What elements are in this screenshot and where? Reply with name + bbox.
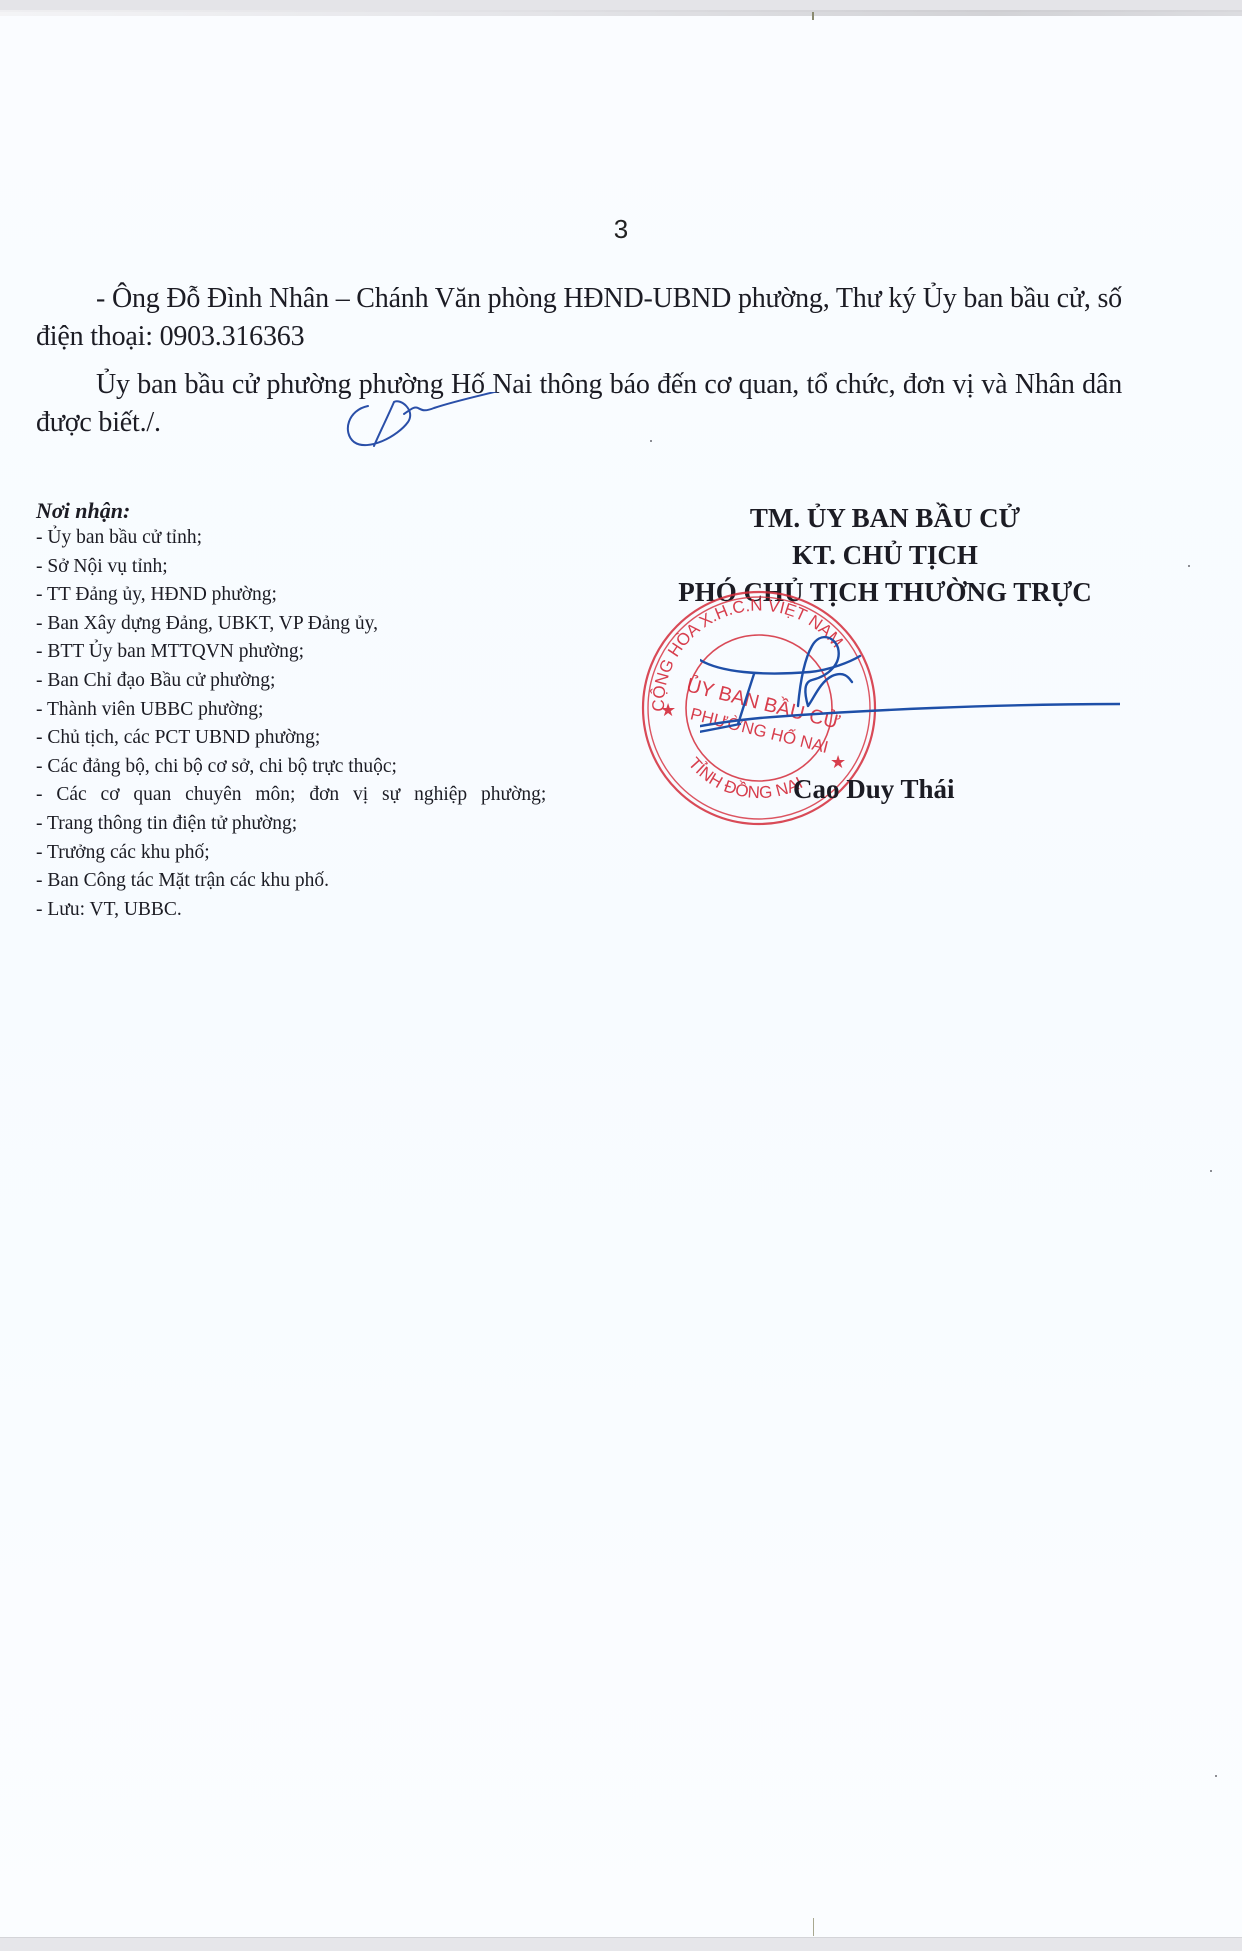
recipient-item: - Thành viên UBBC phường; (36, 696, 548, 725)
recipient-item: - Ban Công tác Mặt trận các khu phố. (36, 867, 548, 896)
svg-text:★: ★ (830, 752, 846, 772)
notice-paragraph: Ủy ban bầu cử phường phường Hố Nai thông… (36, 366, 1122, 442)
scan-bottom-edge (0, 1937, 1242, 1951)
recipient-item: - BTT Ủy ban MTTQVN phường; (36, 638, 548, 667)
signature-title-2: KT. CHỦ TỊCH (620, 537, 1150, 574)
scan-top-edge (0, 10, 1242, 16)
scan-speck (650, 440, 652, 442)
recipient-item: - TT Đảng ủy, HĐND phường; (36, 581, 548, 610)
recipient-item: - Ban Chỉ đạo Bầu cử phường; (36, 667, 548, 696)
initial-signature (338, 392, 528, 450)
recipient-item: - Trưởng các khu phố; (36, 839, 548, 868)
scan-speck (1188, 565, 1190, 567)
notice-text: Ủy ban bầu cử phường phường Hố Nai thông… (36, 369, 1122, 438)
recipient-item: - Ban Xây dựng Đảng, UBKT, VP Đảng ủy, (36, 610, 548, 639)
recipient-item: - Các đảng bộ, chi bộ cơ sở, chi bộ trực… (36, 753, 548, 782)
recipients-title: Nơi nhận: (36, 498, 548, 524)
recipient-item: - Sở Nội vụ tỉnh; (36, 553, 548, 582)
recipient-item: - Trang thông tin điện tử phường; (36, 810, 548, 839)
svg-text:TỈNH ĐỒNG NAI: TỈNH ĐỒNG NAI (685, 754, 806, 803)
stamp-bottom-text: TỈNH ĐỒNG NAI (685, 754, 806, 803)
contact-paragraph: - Ông Đỗ Đình Nhân – Chánh Văn phòng HĐN… (36, 280, 1122, 356)
scan-speck (1215, 1775, 1217, 1777)
handwritten-signature (700, 620, 1120, 740)
recipients-block: Nơi nhận: - Ủy ban bầu cử tỉnh; - Sở Nội… (36, 498, 548, 924)
svg-text:★: ★ (660, 700, 676, 720)
recipient-item: - Các cơ quan chuyên môn; đơn vị sự nghi… (36, 781, 548, 810)
contact-text: - Ông Đỗ Đình Nhân – Chánh Văn phòng HĐN… (36, 283, 1122, 352)
recipient-item: - Chủ tịch, các PCT UBND phường; (36, 724, 548, 753)
fold-mark (812, 12, 814, 20)
signer-name: Cao Duy Thái (793, 774, 955, 805)
recipient-item: - Ủy ban bầu cử tỉnh; (36, 524, 548, 553)
scan-speck (1210, 1170, 1212, 1172)
signature-title-1: TM. ỦY BAN BẦU CỬ (620, 500, 1150, 537)
fold-mark (813, 1918, 814, 1936)
recipient-item: - Lưu: VT, UBBC. (36, 896, 548, 925)
recipients-list: - Ủy ban bầu cử tỉnh; - Sở Nội vụ tỉnh; … (36, 524, 548, 924)
page-number: 3 (0, 214, 1242, 245)
